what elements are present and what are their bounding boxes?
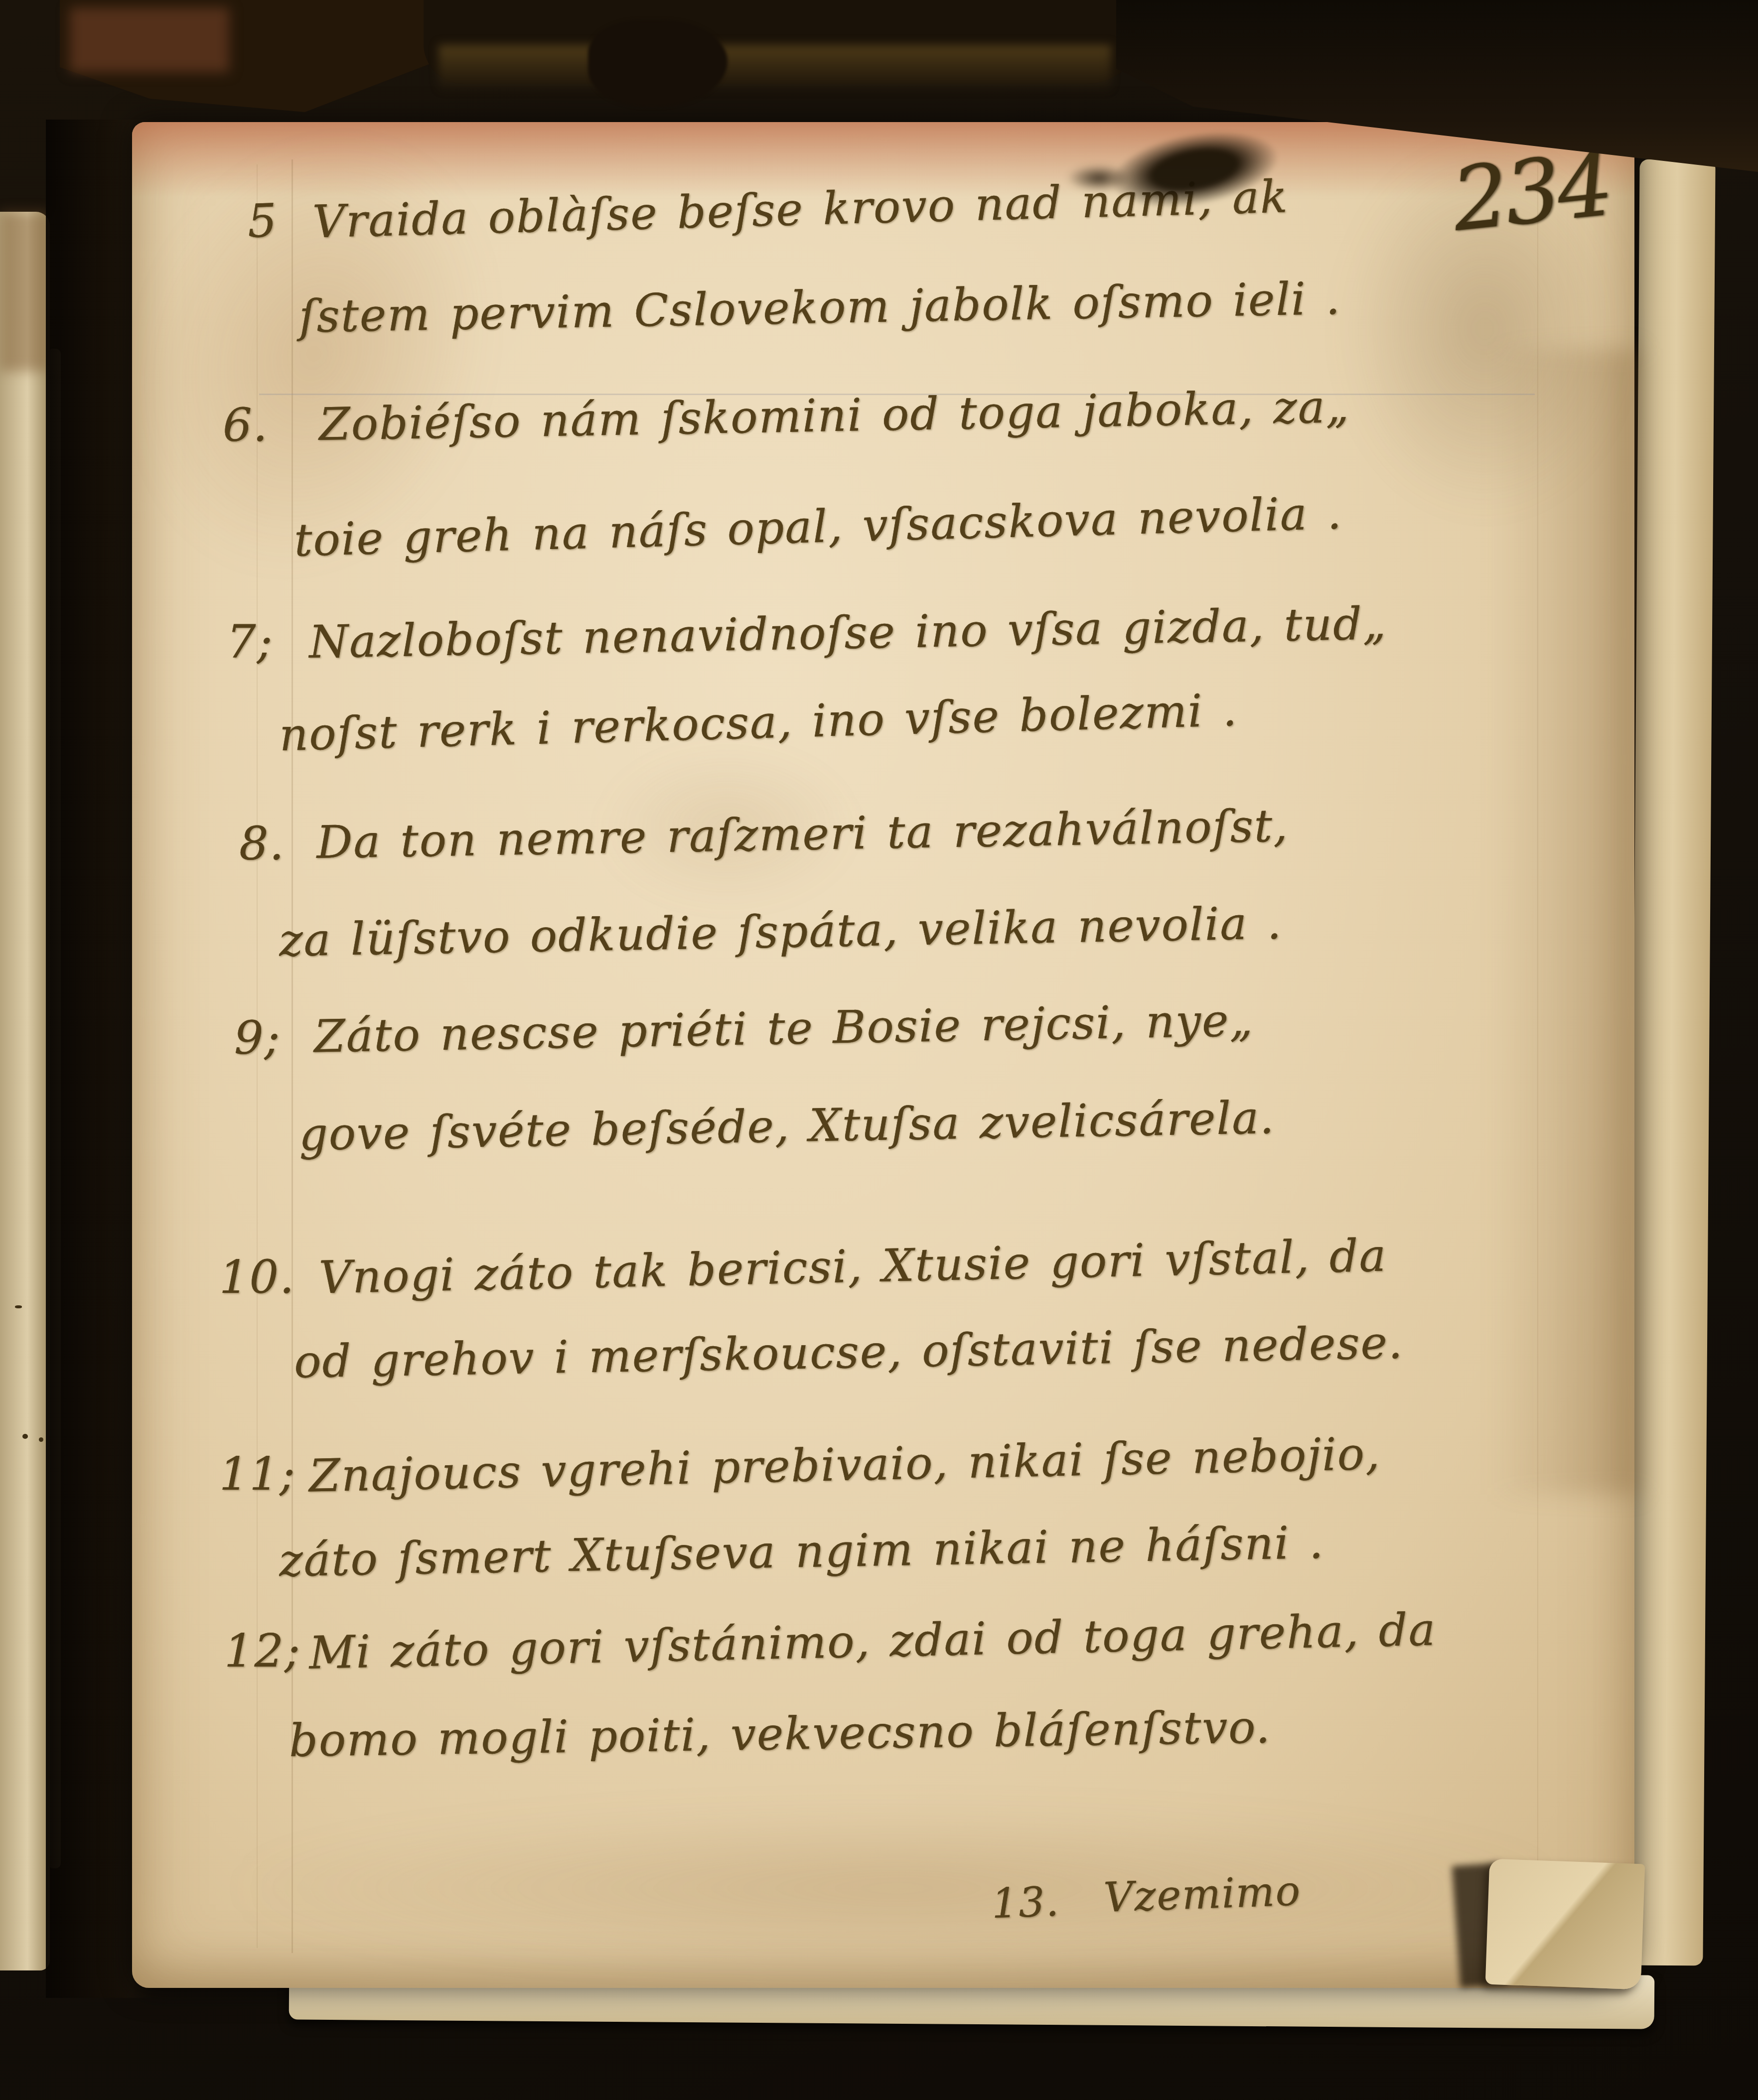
next-page-edge	[1627, 159, 1715, 1966]
manuscript-photo: 234 5 Vraida oblàſse beſse krovo nad nam…	[0, 0, 1758, 2100]
binding-remnant-edge	[439, 45, 1111, 92]
entry-number: 12;	[224, 1624, 301, 1678]
ink-dot	[22, 1434, 28, 1439]
catchword-number: 13.	[991, 1878, 1060, 1928]
entry-number: 5	[247, 194, 279, 248]
entry-number: 10.	[219, 1251, 295, 1304]
ink-dot	[39, 1437, 43, 1442]
ink-dot	[15, 1305, 22, 1308]
dogear-corner-fold	[1485, 1859, 1645, 1990]
entry-number: 11;	[219, 1447, 296, 1501]
binding-remnant-highlight	[70, 7, 229, 72]
entry-number: 7;	[227, 615, 274, 669]
adjacent-page-edge-stain	[0, 212, 50, 371]
binding-remnant-fragment	[588, 20, 728, 107]
entry-number: 8.	[239, 817, 285, 870]
catchword: Vzemimo	[1103, 1867, 1302, 1922]
entry-number: 6.	[223, 399, 269, 452]
ink-smudge	[1066, 164, 1131, 192]
adjacent-page-edge	[0, 212, 50, 1970]
entry-number: 9;	[234, 1011, 281, 1065]
